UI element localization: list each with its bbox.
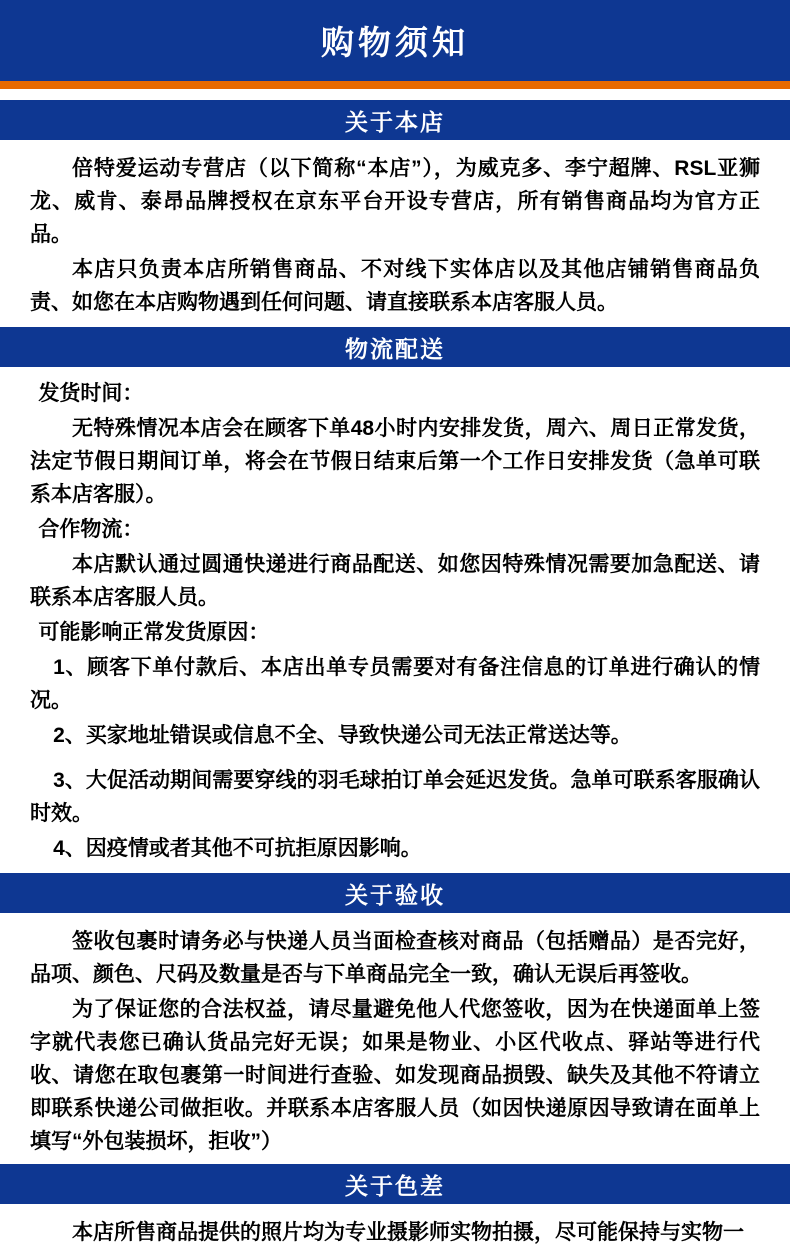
section-content-color-difference: 本店所售商品提供的照片均为专业摄影师实物拍摄，尽可能保持与实物一 xyxy=(0,1204,790,1249)
section-heading: 关于本店 xyxy=(345,104,445,137)
divider-gap xyxy=(0,89,790,100)
list-item: 1、顾客下单付款后、本店出单专员需要对有备注信息的订单进行确认的情况。 xyxy=(30,651,760,717)
section-heading-bar-shipping: 物流配送 xyxy=(0,327,790,367)
section-heading-bar-about-store: 关于本店 xyxy=(0,100,790,140)
title-banner: 购物须知 xyxy=(0,0,790,81)
paragraph: 倍特爱运动专营店（以下简称“本店”），为威克多、李宁超牌、RSL亚狮龙、威肯、泰… xyxy=(30,152,760,251)
section-shipping: 物流配送 发货时间： 无特殊情况本店会在顾客下单48小时内安排发货，周六、周日正… xyxy=(0,327,790,873)
list-item: 2、买家地址错误或信息不全、导致快递公司无法正常送达等。 xyxy=(30,719,760,752)
paragraph-label: 合作物流： xyxy=(30,513,760,546)
paragraph-label: 可能影响正常发货原因： xyxy=(30,616,760,649)
orange-accent-divider xyxy=(0,81,790,89)
paragraph: 本店所售商品提供的照片均为专业摄影师实物拍摄，尽可能保持与实物一 xyxy=(30,1216,760,1249)
paragraph: 为了保证您的合法权益，请尽量避免他人代您签收，因为在快递面单上签字就代表您已确认… xyxy=(30,993,760,1158)
section-heading: 关于验收 xyxy=(345,877,445,910)
section-acceptance: 关于验收 签收包裹时请务必与快递人员当面检查核对商品（包括赠品）是否完好，品项、… xyxy=(0,873,790,1164)
page-title: 购物须知 xyxy=(321,17,469,64)
section-content-about-store: 倍特爱运动专营店（以下简称“本店”），为威克多、李宁超牌、RSL亚狮龙、威肯、泰… xyxy=(0,140,790,327)
paragraph: 本店默认通过圆通快递进行商品配送、如您因特殊情况需要加急配送、请联系本店客服人员… xyxy=(30,548,760,614)
paragraph: 无特殊情况本店会在顾客下单48小时内安排发货，周六、周日正常发货，法定节假日期间… xyxy=(30,412,760,511)
paragraph-label: 发货时间： xyxy=(30,377,760,410)
list-item: 3、大促活动期间需要穿线的羽毛球拍订单会延迟发货。急单可联系客服确认时效。 xyxy=(30,764,760,830)
shopping-notice-page: 购物须知 关于本店 倍特爱运动专营店（以下简称“本店”），为威克多、李宁超牌、R… xyxy=(0,0,790,1251)
section-heading: 物流配送 xyxy=(345,331,445,364)
section-heading: 关于色差 xyxy=(345,1168,445,1201)
section-content-shipping: 发货时间： 无特殊情况本店会在顾客下单48小时内安排发货，周六、周日正常发货，法… xyxy=(0,367,790,873)
section-content-acceptance: 签收包裹时请务必与快递人员当面检查核对商品（包括赠品）是否完好，品项、颜色、尺码… xyxy=(0,913,790,1164)
section-about-store: 关于本店 倍特爱运动专营店（以下简称“本店”），为威克多、李宁超牌、RSL亚狮龙… xyxy=(0,100,790,327)
list-item: 4、因疫情或者其他不可抗拒原因影响。 xyxy=(30,832,760,865)
section-color-difference: 关于色差 本店所售商品提供的照片均为专业摄影师实物拍摄，尽可能保持与实物一 xyxy=(0,1164,790,1249)
section-heading-bar-color-difference: 关于色差 xyxy=(0,1164,790,1204)
paragraph: 签收包裹时请务必与快递人员当面检查核对商品（包括赠品）是否完好，品项、颜色、尺码… xyxy=(30,925,760,991)
section-heading-bar-acceptance: 关于验收 xyxy=(0,873,790,913)
paragraph: 本店只负责本店所销售商品、不对线下实体店以及其他店铺销售商品负责、如您在本店购物… xyxy=(30,253,760,319)
